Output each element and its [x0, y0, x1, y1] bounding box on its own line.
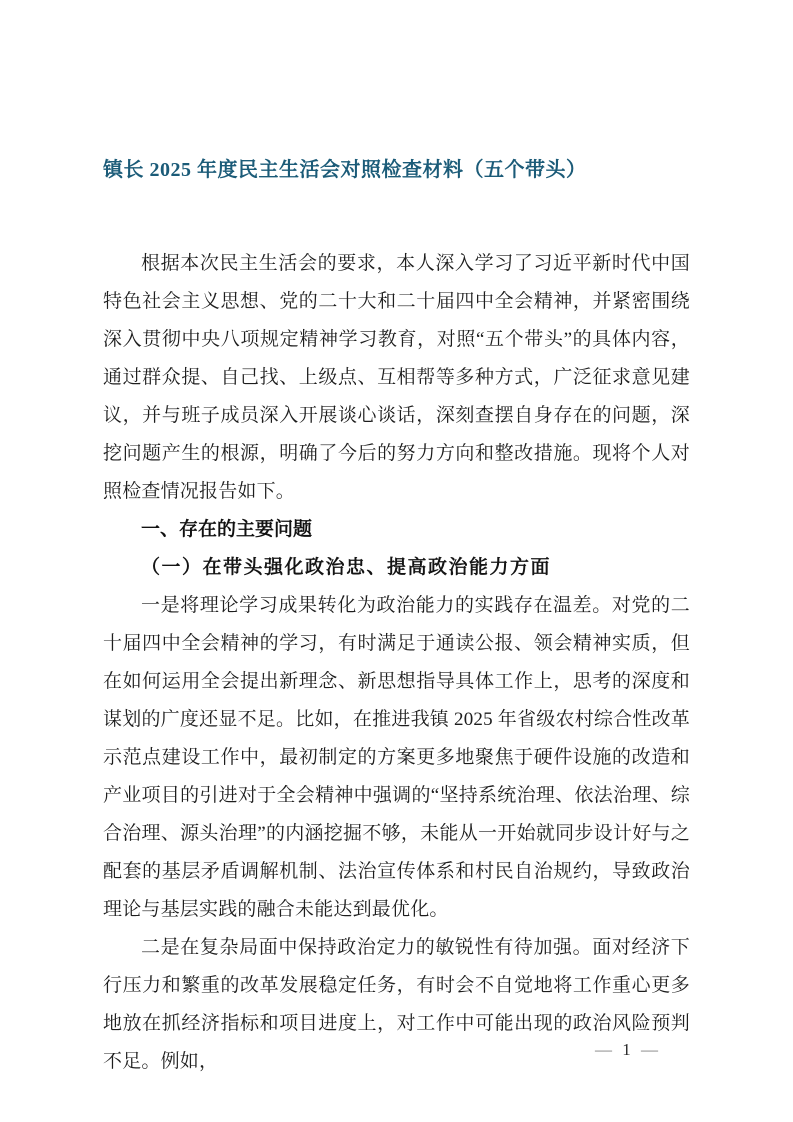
- document-page: 镇长 2025 年度民主生活会对照检查材料（五个带头） 根据本次民主生活会的要求…: [0, 0, 793, 1122]
- page-number-footer: — 1 —: [595, 1040, 660, 1060]
- problem-paragraph-1: 一是将理论学习成果转化为政治能力的实践存在温差。对党的二十届四中全会精神的学习，…: [103, 587, 690, 929]
- footer-dash-right: —: [641, 1040, 660, 1059]
- section-1-heading: 一、存在的主要问题: [103, 511, 690, 549]
- document-title: 镇长 2025 年度民主生活会对照检查材料（五个带头）: [103, 155, 690, 185]
- subsection-1-1-heading: （一）在带头强化政治忠、提高政治能力方面: [103, 549, 690, 587]
- footer-dash-left: —: [595, 1040, 614, 1059]
- intro-paragraph: 根据本次民主生活会的要求，本人深入学习了习近平新时代中国特色社会主义思想、党的二…: [103, 245, 690, 511]
- footer-page-number: 1: [620, 1040, 635, 1059]
